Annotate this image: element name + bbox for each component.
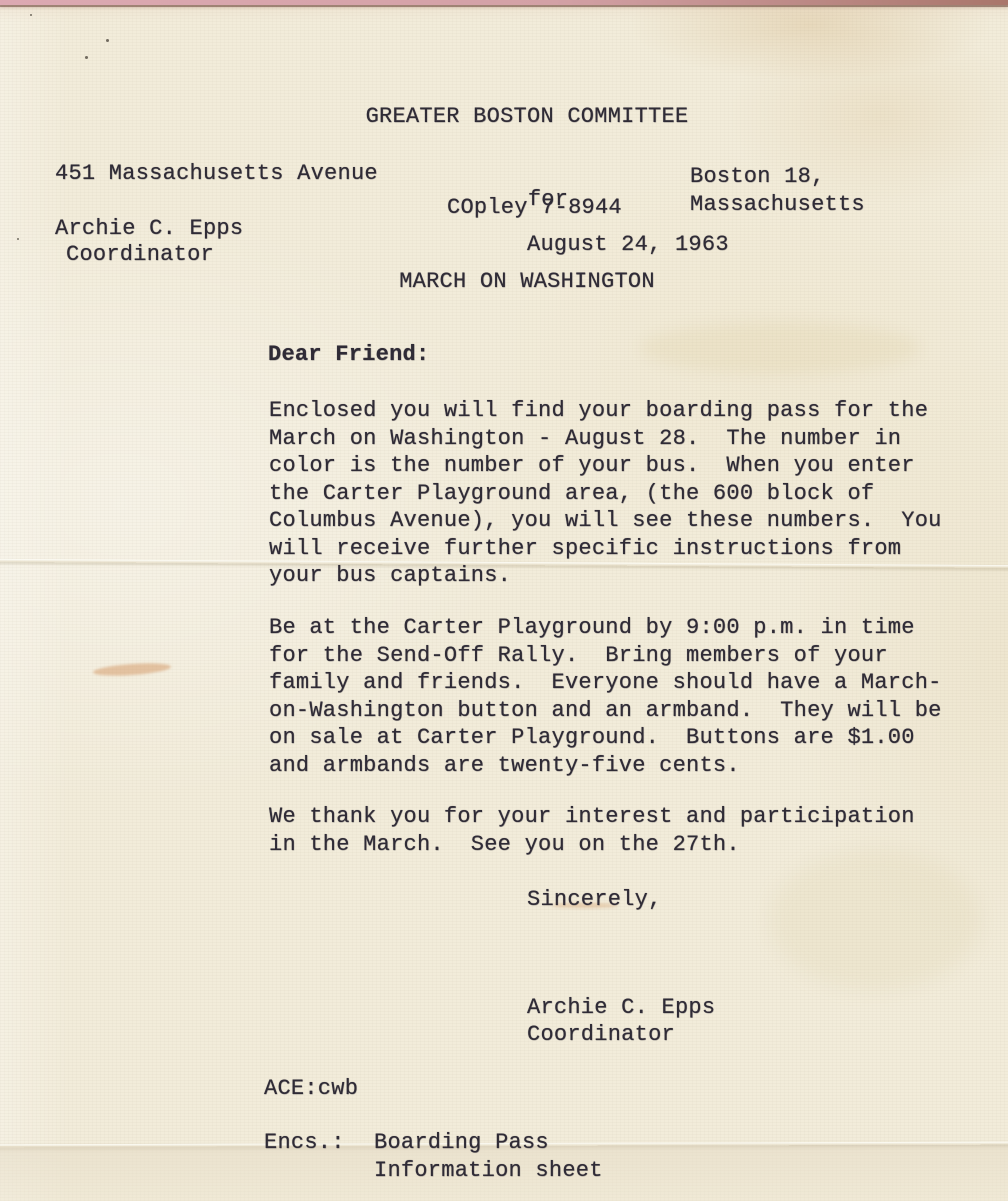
- closing: Sincerely,: [527, 886, 662, 914]
- signature-title: Coordinator: [527, 1021, 675, 1049]
- scanned-letter-page: GREATER BOSTON COMMITTEE for MARCH ON WA…: [0, 0, 1008, 1201]
- enclosures-list: Boarding Pass Information sheet: [374, 1129, 603, 1184]
- date-line: August 24, 1963: [527, 231, 729, 259]
- org-name-line1: GREATER BOSTON COMMITTEE: [317, 103, 737, 131]
- dust-speck: [106, 39, 109, 42]
- pink-backing-edge: [0, 0, 1008, 5]
- signature-name: Archie C. Epps: [527, 994, 715, 1022]
- contact-name: Archie C. Epps: [55, 215, 243, 243]
- bleed-through-stain: [770, 850, 980, 990]
- org-name-line3: MARCH ON WASHINGTON: [317, 268, 737, 296]
- rust-smudge-stain: [93, 661, 172, 677]
- address-left: 451 Massachusetts Avenue: [55, 160, 378, 188]
- body-paragraph-2: Be at the Carter Playground by 9:00 p.m.…: [269, 614, 942, 779]
- typist-initials: ACE:cwb: [264, 1075, 358, 1103]
- dust-speck: [85, 56, 88, 59]
- contact-title: Coordinator: [66, 241, 214, 269]
- address-right: Boston 18, Massachusetts: [690, 163, 1008, 218]
- body-paragraph-3: We thank you for your interest and parti…: [269, 803, 915, 858]
- dust-speck: [17, 238, 19, 240]
- salutation: Dear Friend:: [268, 341, 429, 369]
- phone-number: COpley 7-8944: [447, 194, 622, 222]
- body-paragraph-1: Enclosed you will find your boarding pas…: [269, 397, 942, 590]
- enclosures-label: Encs.:: [264, 1129, 345, 1157]
- dust-speck: [30, 14, 32, 16]
